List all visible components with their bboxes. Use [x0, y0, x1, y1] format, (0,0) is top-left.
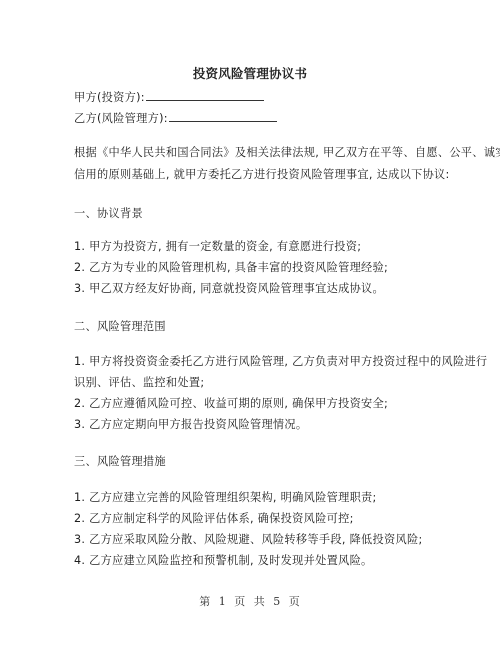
section-2-item: 3. 乙方应定期向甲方报告投资风险管理情况。 [74, 416, 307, 432]
party-b-label: 乙方(风险管理方): [74, 112, 168, 125]
section-2-item: 识别、评估、监控和处置; [74, 374, 204, 390]
section-3-heading: 三、风险管理措施 [74, 453, 166, 469]
document-page: 投资风险管理协议书 甲方(投资方): 乙方(风险管理方): 根据《中华人民共和国… [0, 0, 500, 647]
section-2-heading: 二、风险管理范围 [74, 318, 166, 334]
section-2-item: 2. 乙方应遵循风险可控、收益可期的原则, 确保甲方投资安全; [74, 395, 388, 411]
section-2-item: 1. 甲方将投资资金委托乙方进行风险管理, 乙方负责对甲方投资过程中的风险进行 [74, 353, 487, 369]
party-a-blank [146, 90, 264, 101]
section-1-item: 3. 甲乙双方经友好协商, 同意就投资风险管理事宜达成协议。 [74, 280, 384, 296]
intro-line-2: 信用的原则基础上, 就甲方委托乙方进行投资风险管理事宜, 达成以下协议: [74, 166, 450, 182]
section-3-item: 2. 乙方应制定科学的风险评估体系, 确保投资风险可控; [74, 510, 354, 526]
party-b-field: 乙方(风险管理方): [74, 110, 277, 126]
section-1-item: 1. 甲方为投资方, 拥有一定数量的资金, 有意愿进行投资; [74, 238, 361, 254]
page-footer: 第 1 页 共 5 页 [0, 593, 500, 609]
section-3-item: 4. 乙方应建立风险监控和预警机制, 及时发现并处置风险。 [74, 552, 373, 568]
intro-line-1: 根据《中华人民共和国合同法》及相关法律法规, 甲乙双方在平等、自愿、公平、诚实 [74, 144, 500, 160]
party-a-label: 甲方(投资方): [74, 91, 145, 104]
party-b-blank [169, 111, 277, 122]
section-1-heading: 一、协议背景 [74, 205, 143, 221]
document-title: 投资风险管理协议书 [0, 64, 500, 82]
section-3-item: 1. 乙方应建立完善的风险管理组织架构, 明确风险管理职责; [74, 489, 377, 505]
section-3-item: 3. 乙方应采取风险分散、风险规避、风险转移等手段, 降低投资风险; [74, 531, 423, 547]
section-1-item: 2. 乙方为专业的风险管理机构, 具备丰富的投资风险管理经验; [74, 259, 388, 275]
party-a-field: 甲方(投资方): [74, 89, 264, 105]
